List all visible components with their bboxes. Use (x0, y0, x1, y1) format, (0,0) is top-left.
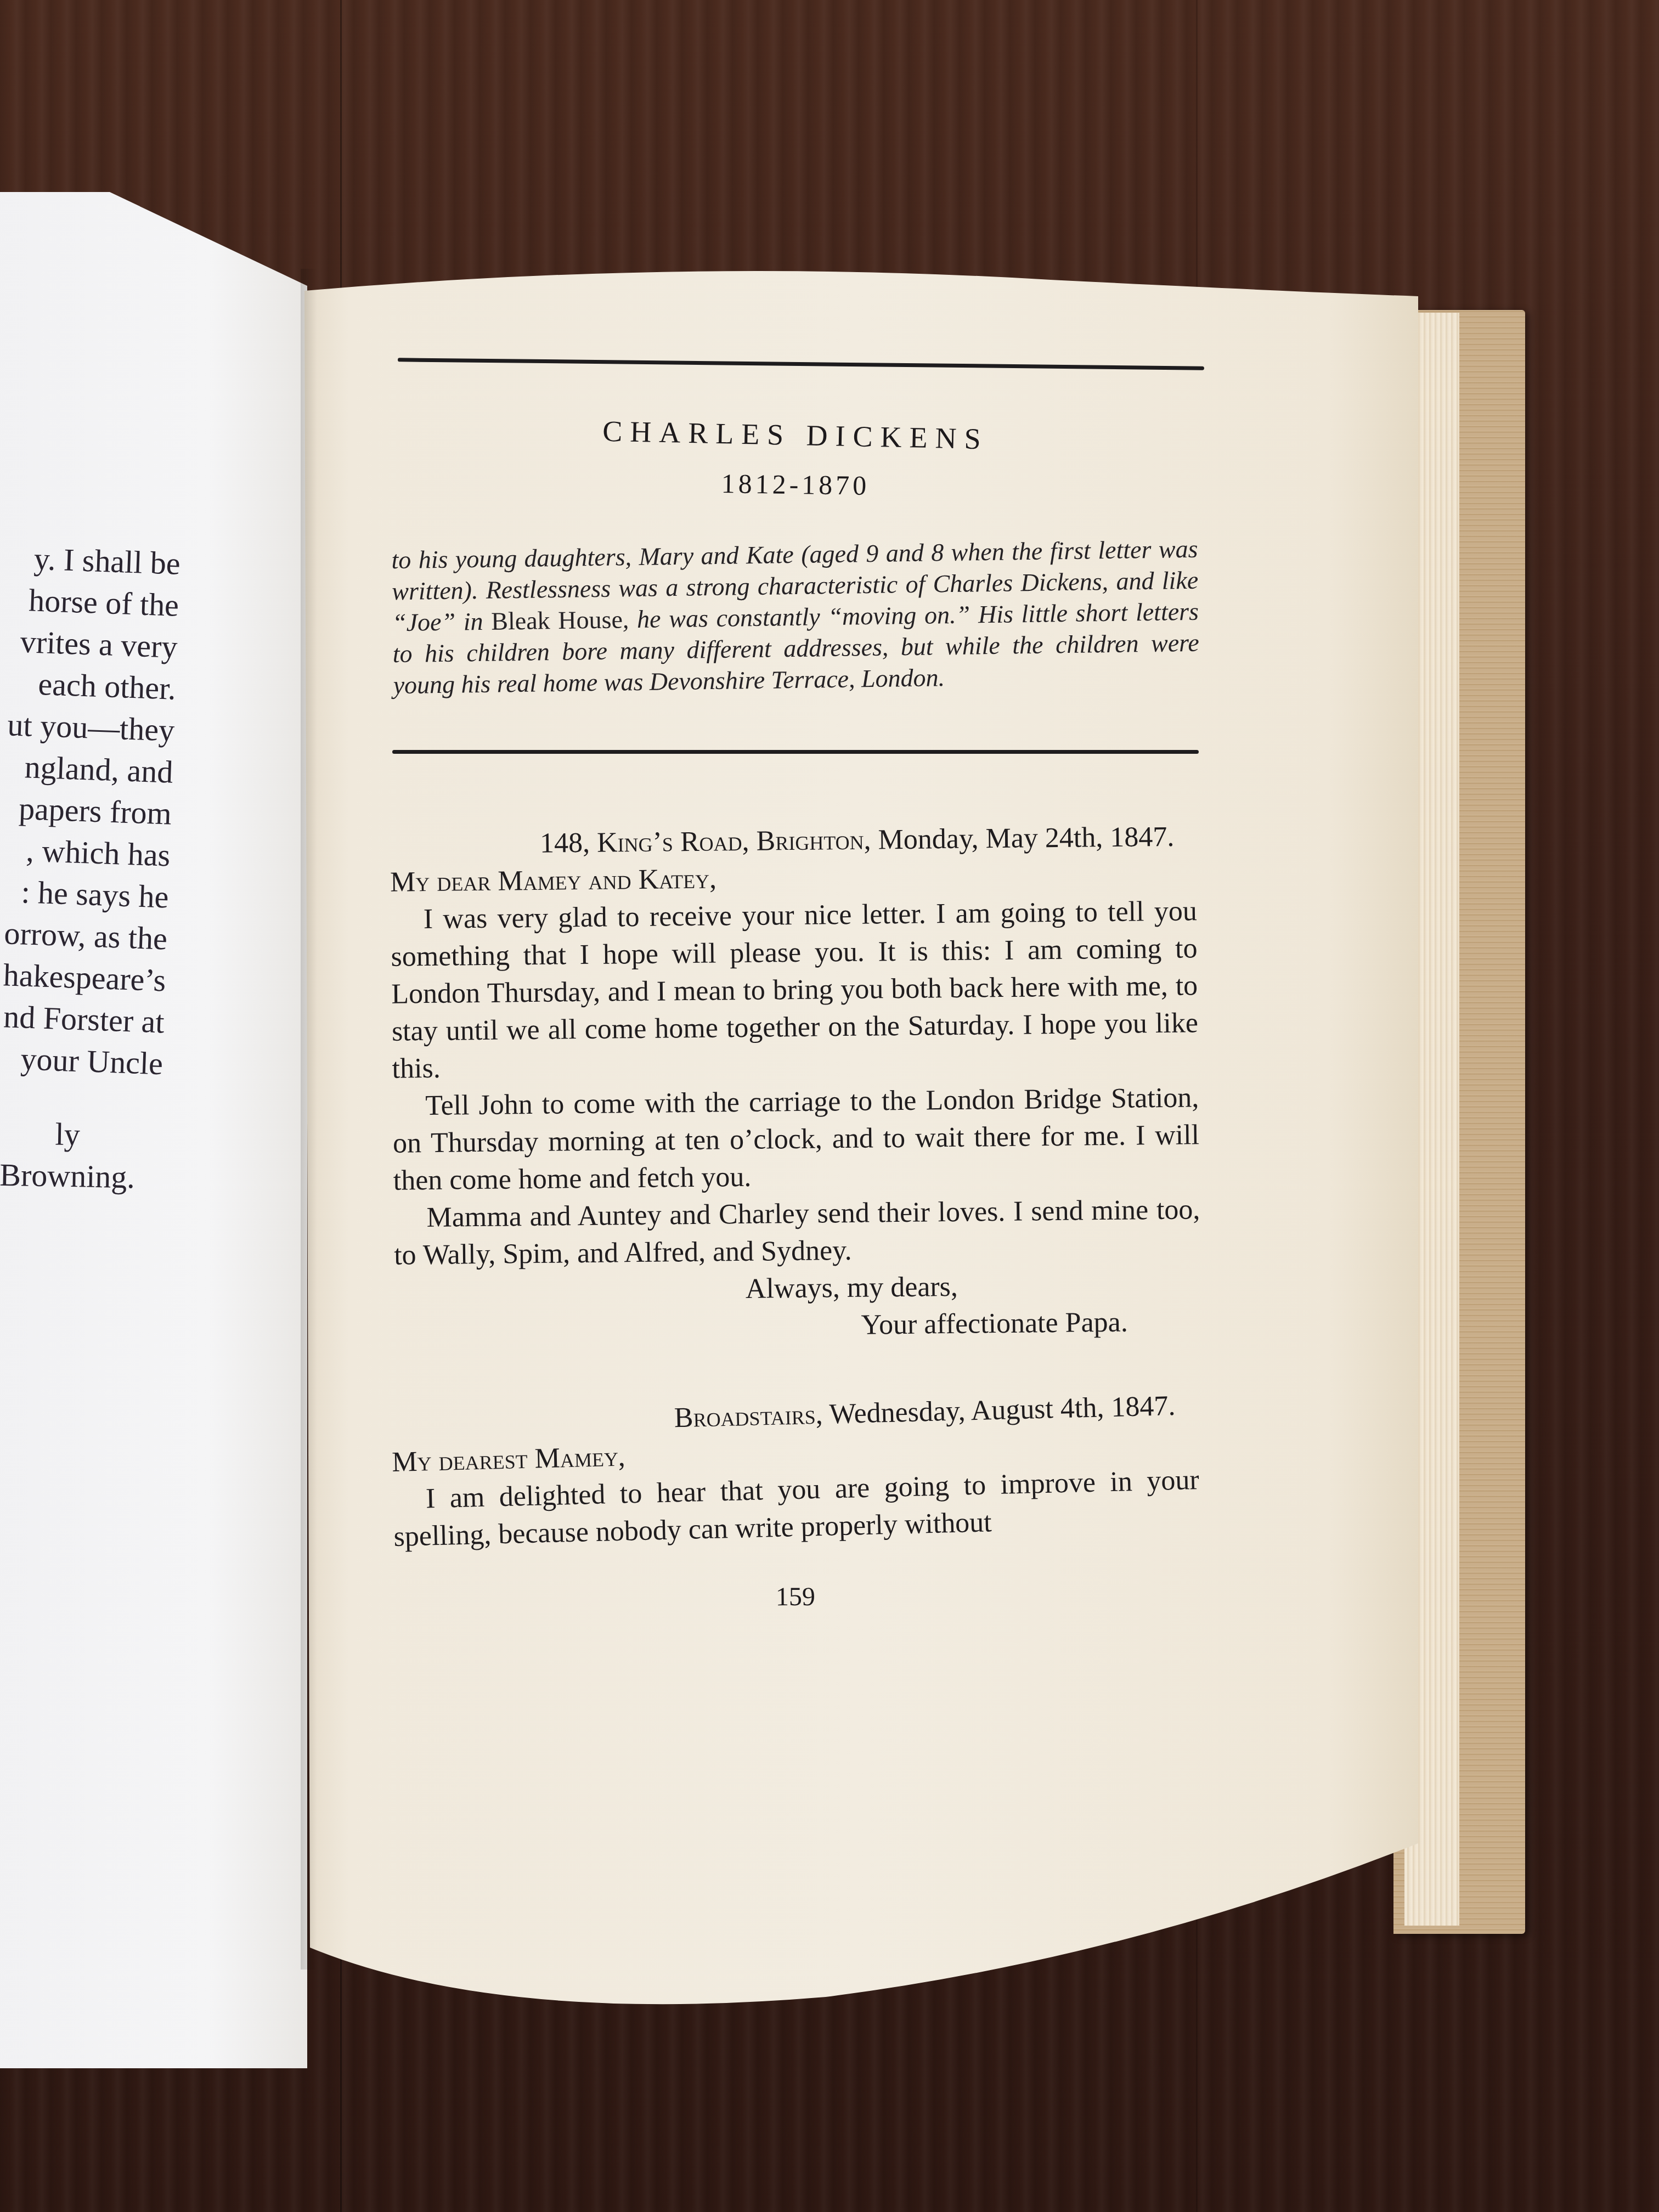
gutter-shadow (301, 269, 317, 1970)
dateline-place: 148, King’s Road, Brighton, (540, 825, 871, 859)
dateline-date: Wednesday, August 4th, 1847. (829, 1390, 1176, 1430)
right-page-content: CHARLES DICKENS 1812-1870 to his young d… (392, 362, 1199, 1612)
text-line: orrow, as the (0, 910, 168, 960)
text-line: ngland, and (0, 743, 174, 793)
letter-paragraph: Tell John to come with the carriage to t… (392, 1079, 1200, 1199)
letter-signature: Your affectionate Papa. (394, 1303, 1201, 1348)
letter-paragraph: I was very glad to receive your nice let… (390, 893, 1198, 1087)
letter: Broadstairs, Wednesday, August 4th, 1847… (391, 1387, 1200, 1556)
text-line: : he says he (0, 868, 170, 918)
text-line: hakespeare’s (0, 952, 166, 1002)
book-title: Bleak House (491, 605, 623, 635)
text-line: ly (0, 1113, 136, 1156)
page-number: 159 (392, 1579, 1199, 1615)
left-page: y. I shall be horse of the vrites a very… (0, 192, 307, 2068)
letter: 148, King’s Road, Brighton, Monday, May … (390, 818, 1201, 1348)
text-line: vrites a very (0, 618, 178, 668)
text-line: nd Forster at (0, 994, 165, 1043)
text-line: , which has (0, 827, 171, 877)
text-line: Browning. (0, 1154, 135, 1198)
letter-paragraph: Mamma and Auntey and Charley send their … (393, 1191, 1200, 1274)
intro-paragraph: to his young daughters, Mary and Kate (a… (391, 533, 1200, 701)
author-name: CHARLES DICKENS (392, 410, 1199, 461)
text-line: each other. (0, 660, 177, 710)
header-rule-bottom (392, 750, 1199, 754)
text-line: horse of the (0, 577, 179, 627)
left-page-closing: ly Browning. (0, 1113, 136, 1198)
text-line: ut you—they (0, 702, 175, 752)
text-line: your Uncle (0, 1035, 163, 1085)
text-line: papers from (0, 785, 172, 835)
author-years: 1812-1870 (392, 463, 1199, 506)
dateline-date: Monday, May 24th, 1847. (878, 821, 1174, 856)
left-page-text: y. I shall be horse of the vrites a very… (0, 535, 181, 1085)
text-line: y. I shall be (0, 535, 181, 585)
dateline-place: Broadstairs, (674, 1399, 823, 1434)
